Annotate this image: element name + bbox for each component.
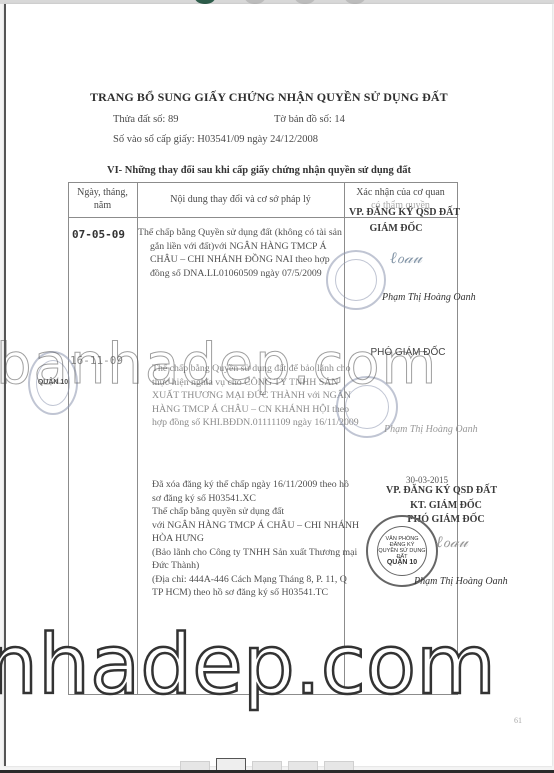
registry-number: Số vào sổ cấp giấy: H03541/09 ngày 24/12…: [113, 134, 318, 145]
map-sheet-number: Tờ bản đồ số: 14: [274, 114, 345, 125]
stamp-date: 30-03-2015: [406, 475, 448, 485]
signer-name: Phạm Thị Hoàng Oanh: [382, 292, 476, 303]
row-date: 07-05-09: [72, 228, 125, 241]
section-title: VI- Những thay đổi sau khi cấp giấy chứn…: [107, 165, 411, 176]
confirm-title: KT. GIÁM ĐỐC: [406, 500, 486, 511]
row-content: Thế chấp bằng Quyền sử dụng đất để bảo l…: [152, 362, 359, 430]
row-content: Thế chấp bằng Quyền sử dụng đất (không c…: [138, 226, 342, 280]
document-page: TRANG BỔ SUNG GIẤY CHỨNG NHẬN QUYỀN SỬ D…: [4, 4, 552, 766]
document-title: TRANG BỔ SUNG GIẤY CHỨNG NHẬN QUYỀN SỬ D…: [90, 90, 470, 105]
confirm-title: PHÓ GIÁM ĐỐC: [363, 347, 453, 358]
confirm-office: VP. ĐĂNG KÝ QSD ĐẤT: [386, 485, 496, 496]
header-content: Nội dung thay đổi và cơ sở pháp lý: [137, 193, 344, 206]
confirm-title: GIÁM ĐỐC: [356, 223, 436, 234]
parcel-number: Thửa đất số: 89: [113, 114, 178, 125]
signer-name: Phạm Thị Hoàng Oanh: [414, 576, 508, 587]
official-stamp: [326, 250, 386, 310]
row-date: 16-11-09: [70, 354, 123, 367]
header-date: Ngày, tháng, năm: [68, 186, 137, 212]
signature-scrawl: ℓℴ𝒶𝓊: [390, 248, 422, 268]
signer-name: Phạm Thị Hoàng Oanh: [384, 424, 478, 435]
row-content: Đã xóa đăng ký thế chấp ngày 16/11/2009 …: [152, 478, 359, 600]
page-number: 61: [514, 716, 522, 725]
confirm-office: VP. ĐĂNG KÝ QSD ĐẤT: [349, 207, 459, 218]
signature-scrawl: ℓℴ𝒶𝓊: [436, 532, 468, 552]
